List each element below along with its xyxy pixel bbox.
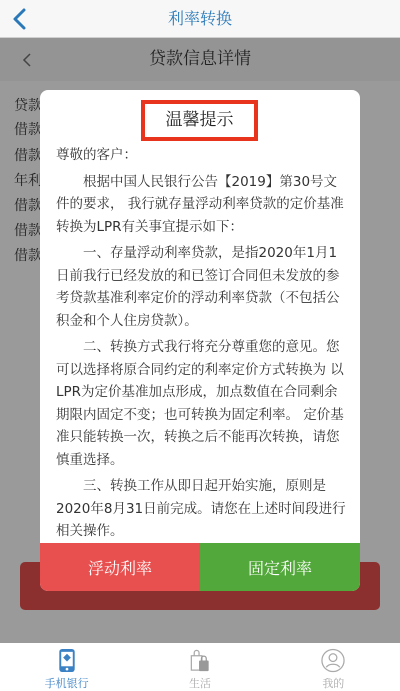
tab-label: 我的 [322,675,344,691]
shopping-bag-icon [188,648,212,673]
bottom-tab-bar: 手机银行 生活 我的 [0,643,400,691]
sub-header: 贷款信息详情 [0,38,400,81]
title-highlight-box: 温馨提示 [141,100,258,141]
dialog-actions: 浮动利率 固定利率 [40,543,360,591]
greeting: 尊敬的客户： [56,144,350,167]
notice-dialog: 温馨提示 尊敬的客户： 根据中国人民银行公告【2019】第30号文件的要求， 我… [40,90,360,591]
subheader-title: 贷款信息详情 [0,38,400,81]
page-title: 利率转换 [0,0,400,38]
phone-bank-icon [58,648,76,673]
notice-paragraph: 一、存量浮动利率贷款，是指2020年1月1日前我行已经发放的和已签订合同但未发放… [56,242,350,332]
notice-content[interactable]: 尊敬的客户： 根据中国人民银行公告【2019】第30号文件的要求， 我行就存量浮… [56,144,350,539]
fixed-rate-button[interactable]: 固定利率 [200,543,360,591]
top-nav-bar: 利率转换 [0,0,400,38]
dialog-title: 温馨提示 [145,104,254,137]
tab-label: 手机银行 [45,675,89,691]
notice-paragraph: 三、转换工作从即日起开始实施，原则是2020年8月31日前完成。请您在上述时间段… [56,475,350,539]
tab-mobile-bank[interactable]: 手机银行 [0,643,133,691]
notice-paragraph: 二、转换方式我行将充分尊重您的意见。您可以选择将原合同约定的利率定价方式转换为 … [56,336,350,471]
user-icon [320,648,346,673]
tab-mine[interactable]: 我的 [267,643,400,691]
notice-paragraph: 根据中国人民银行公告【2019】第30号文件的要求， 我行就存量浮动利率贷款的定… [56,171,350,239]
floating-rate-button[interactable]: 浮动利率 [40,543,200,591]
tab-life[interactable]: 生活 [133,643,266,691]
tab-label: 生活 [189,675,211,691]
